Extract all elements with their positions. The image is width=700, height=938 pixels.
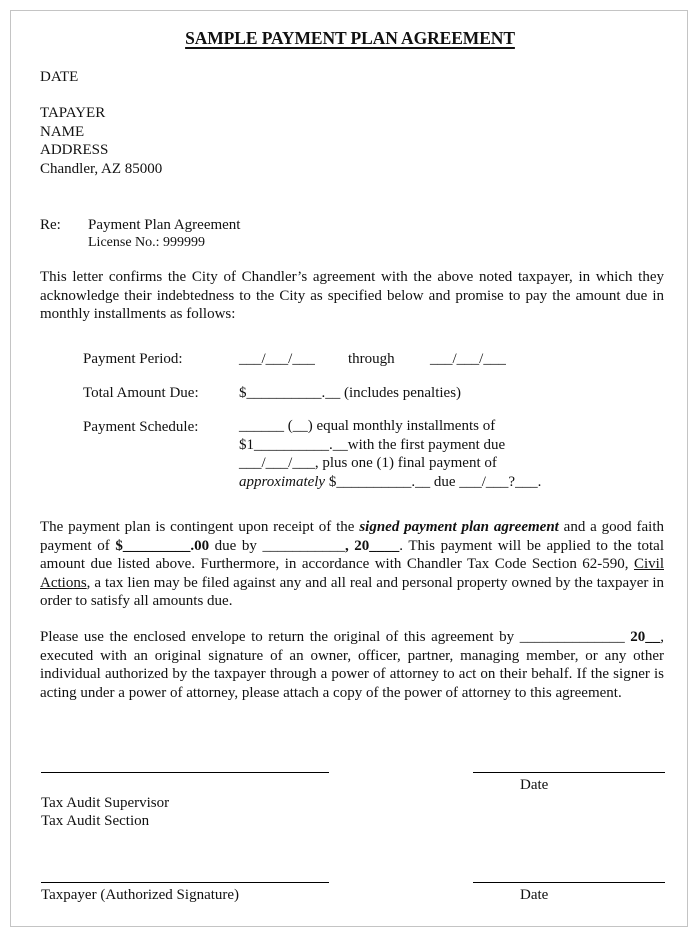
taxpayer-date-label: Date [520,886,548,905]
return-year-prefix: 20 [630,629,645,645]
good-faith-due-date-field[interactable]: ___________ [262,538,345,554]
taxpayer-address-block: TAPAYER NAME ADDRESS Chandler, AZ 85000 [40,104,162,178]
payment-period-end-field[interactable]: ___/___/___ [430,350,506,369]
payment-schedule-line-1[interactable]: ______ (__) equal monthly installments o… [239,417,541,436]
address-line-2: NAME [40,123,162,142]
city-signature-line[interactable] [41,772,329,773]
return-text-1: Please use the enclosed envelope to retu… [40,629,520,645]
document-title: SAMPLE PAYMENT PLAN AGREEMENT [0,28,700,49]
intro-paragraph: This letter confirms the City of Chandle… [40,268,664,324]
good-faith-dollar-sign: $ [115,538,123,554]
approximately-text: approximately [239,474,325,490]
city-date-line[interactable] [473,772,665,773]
city-date-label: Date [520,776,548,795]
return-year-field[interactable]: __ [645,629,660,645]
address-line-3: ADDRESS [40,141,162,160]
contingency-text-3: due by [209,538,262,554]
tax-audit-section-label: Tax Audit Section [41,812,149,831]
address-line-4: Chandler, AZ 85000 [40,160,162,179]
signed-agreement-emphasis: signed payment plan agreement [359,519,559,535]
date-label: DATE [40,68,78,87]
good-faith-cents: .00 [190,538,209,554]
total-amount-due-field[interactable]: $__________.__ (includes penalties) [239,384,461,403]
return-paragraph: Please use the enclosed envelope to retu… [40,628,664,702]
contingency-text-5: , a tax lien may be filed against any an… [40,575,664,610]
payment-period-label: Payment Period: [83,350,183,369]
good-faith-amount-field[interactable]: _________ [123,538,191,554]
final-payment-field: $__________.__ due ___/___?___. [325,474,541,490]
contingency-paragraph: The payment plan is contingent upon rece… [40,518,664,611]
re-label: Re: [40,216,61,235]
good-faith-year-prefix: , 20 [345,538,369,554]
re-subject: Payment Plan Agreement [88,216,240,235]
good-faith-year-field[interactable]: ____ [369,538,399,554]
payment-schedule-line-2[interactable]: $1__________.__with the first payment du… [239,436,541,455]
payment-schedule-line-3[interactable]: ___/___/___, plus one (1) final payment … [239,454,541,473]
payment-period-through: through [348,350,395,369]
payment-schedule-label: Payment Schedule: [83,418,198,437]
payment-schedule-line-4[interactable]: approximately $__________.__ due ___/___… [239,473,541,492]
payment-schedule-text: ______ (__) equal monthly installments o… [239,417,541,491]
taxpayer-signature-line[interactable] [41,882,329,883]
taxpayer-signature-label: Taxpayer (Authorized Signature) [41,886,239,905]
license-number: License No.: 999999 [88,234,205,251]
taxpayer-date-line[interactable] [473,882,665,883]
return-by-date-field[interactable]: ______________ [520,629,625,645]
contingency-text-1: The payment plan is contingent upon rece… [40,519,359,535]
tax-audit-supervisor-label: Tax Audit Supervisor [41,794,169,813]
address-line-1: TAPAYER [40,104,162,123]
total-amount-due-label: Total Amount Due: [83,384,199,403]
payment-period-start-field[interactable]: ___/___/___ [239,350,315,369]
